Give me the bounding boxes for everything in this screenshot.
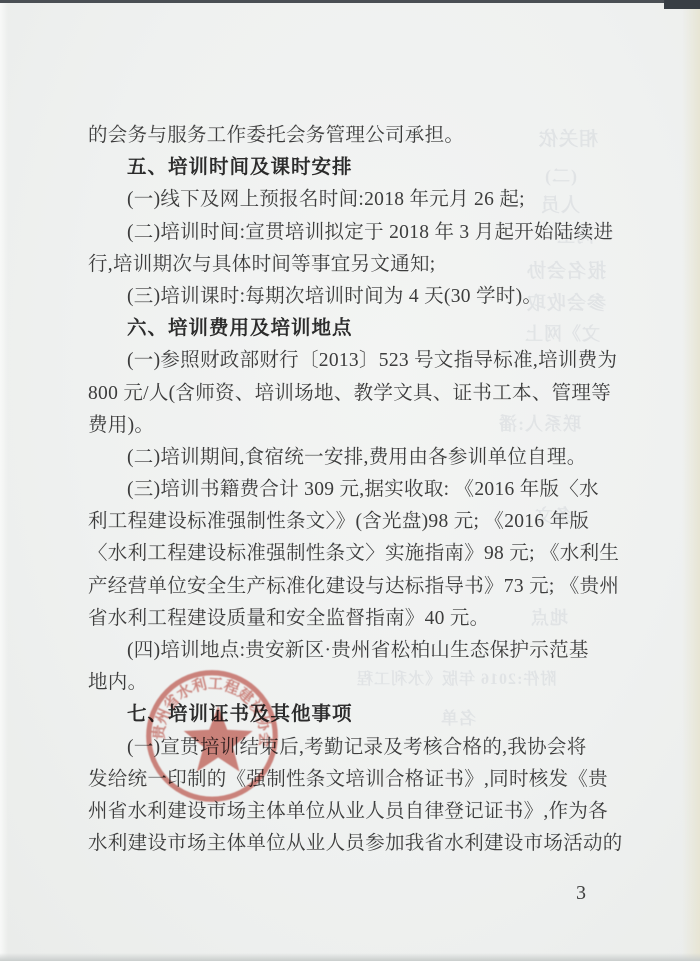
section-heading: 六、培训费用及培训地点	[88, 313, 622, 345]
text-line: 〈水利工程建设标准强制性条文〉实施指南》98 元; 《水利生	[88, 538, 622, 570]
text-line: 利工程建设标准强制性条文〉》(含光盘)98 元; 《2016 年版	[88, 506, 622, 538]
text-line: 800 元/人(含师资、培训场地、教学文具、证书工本、管理等	[88, 378, 622, 410]
text-line: (四)培训地点:贵安新区·贵州省松柏山生态保护示范基	[88, 635, 622, 667]
page-number: 3	[576, 882, 586, 905]
scanner-edge-top	[0, 0, 700, 3]
text-line: 省水利工程建设质量和安全监督指南》40 元。	[88, 603, 622, 635]
scanned-page: 相关依(二)人员同上报名会协参会收取文》网上联系人:潘条文地点附件:2016 年…	[0, 0, 700, 961]
text-line: (一)线下及网上预报名时间:2018 年元月 26 起;	[88, 184, 622, 216]
text-line: (二)培训时间:宣贯培训拟定于 2018 年 3 月起开始陆续进	[88, 217, 622, 249]
page-edge-left	[0, 0, 8, 961]
star-icon	[184, 706, 253, 771]
text-line: 行,培训期次与具体时间等事宜另文通知;	[88, 249, 622, 281]
text-line: (三)培训课时:每期次培训时间为 4 天(30 学时)。	[88, 281, 622, 313]
scanner-edge-corner	[664, 0, 700, 9]
text-line: 费用)。	[88, 410, 622, 442]
text-line: 产经营单位安全生产标准化建设与达标指导书》73 元; 《贵州	[88, 571, 622, 603]
page-edge-bottom	[0, 953, 700, 961]
official-seal: 贵州省水利工程建设协会	[140, 664, 284, 808]
text-line: (二)培训期间,食宿统一安排,费用由各参训单位自理。	[88, 442, 622, 474]
section-heading: 五、培训时间及课时安排	[88, 152, 622, 184]
text-line: 水利建设市场主体单位从业人员参加我省水利建设市场活动的	[88, 828, 622, 860]
text-line: (三)培训书籍费合计 309 元,据实收取: 《2016 年版〈水	[88, 474, 622, 506]
text-line: (一)参照财政部财行〔2013〕523 号文指导标准,培训费为	[88, 345, 622, 377]
text-line: 的会务与服务工作委托会务管理公司承担。	[88, 120, 622, 152]
page-edge-right	[682, 3, 700, 961]
